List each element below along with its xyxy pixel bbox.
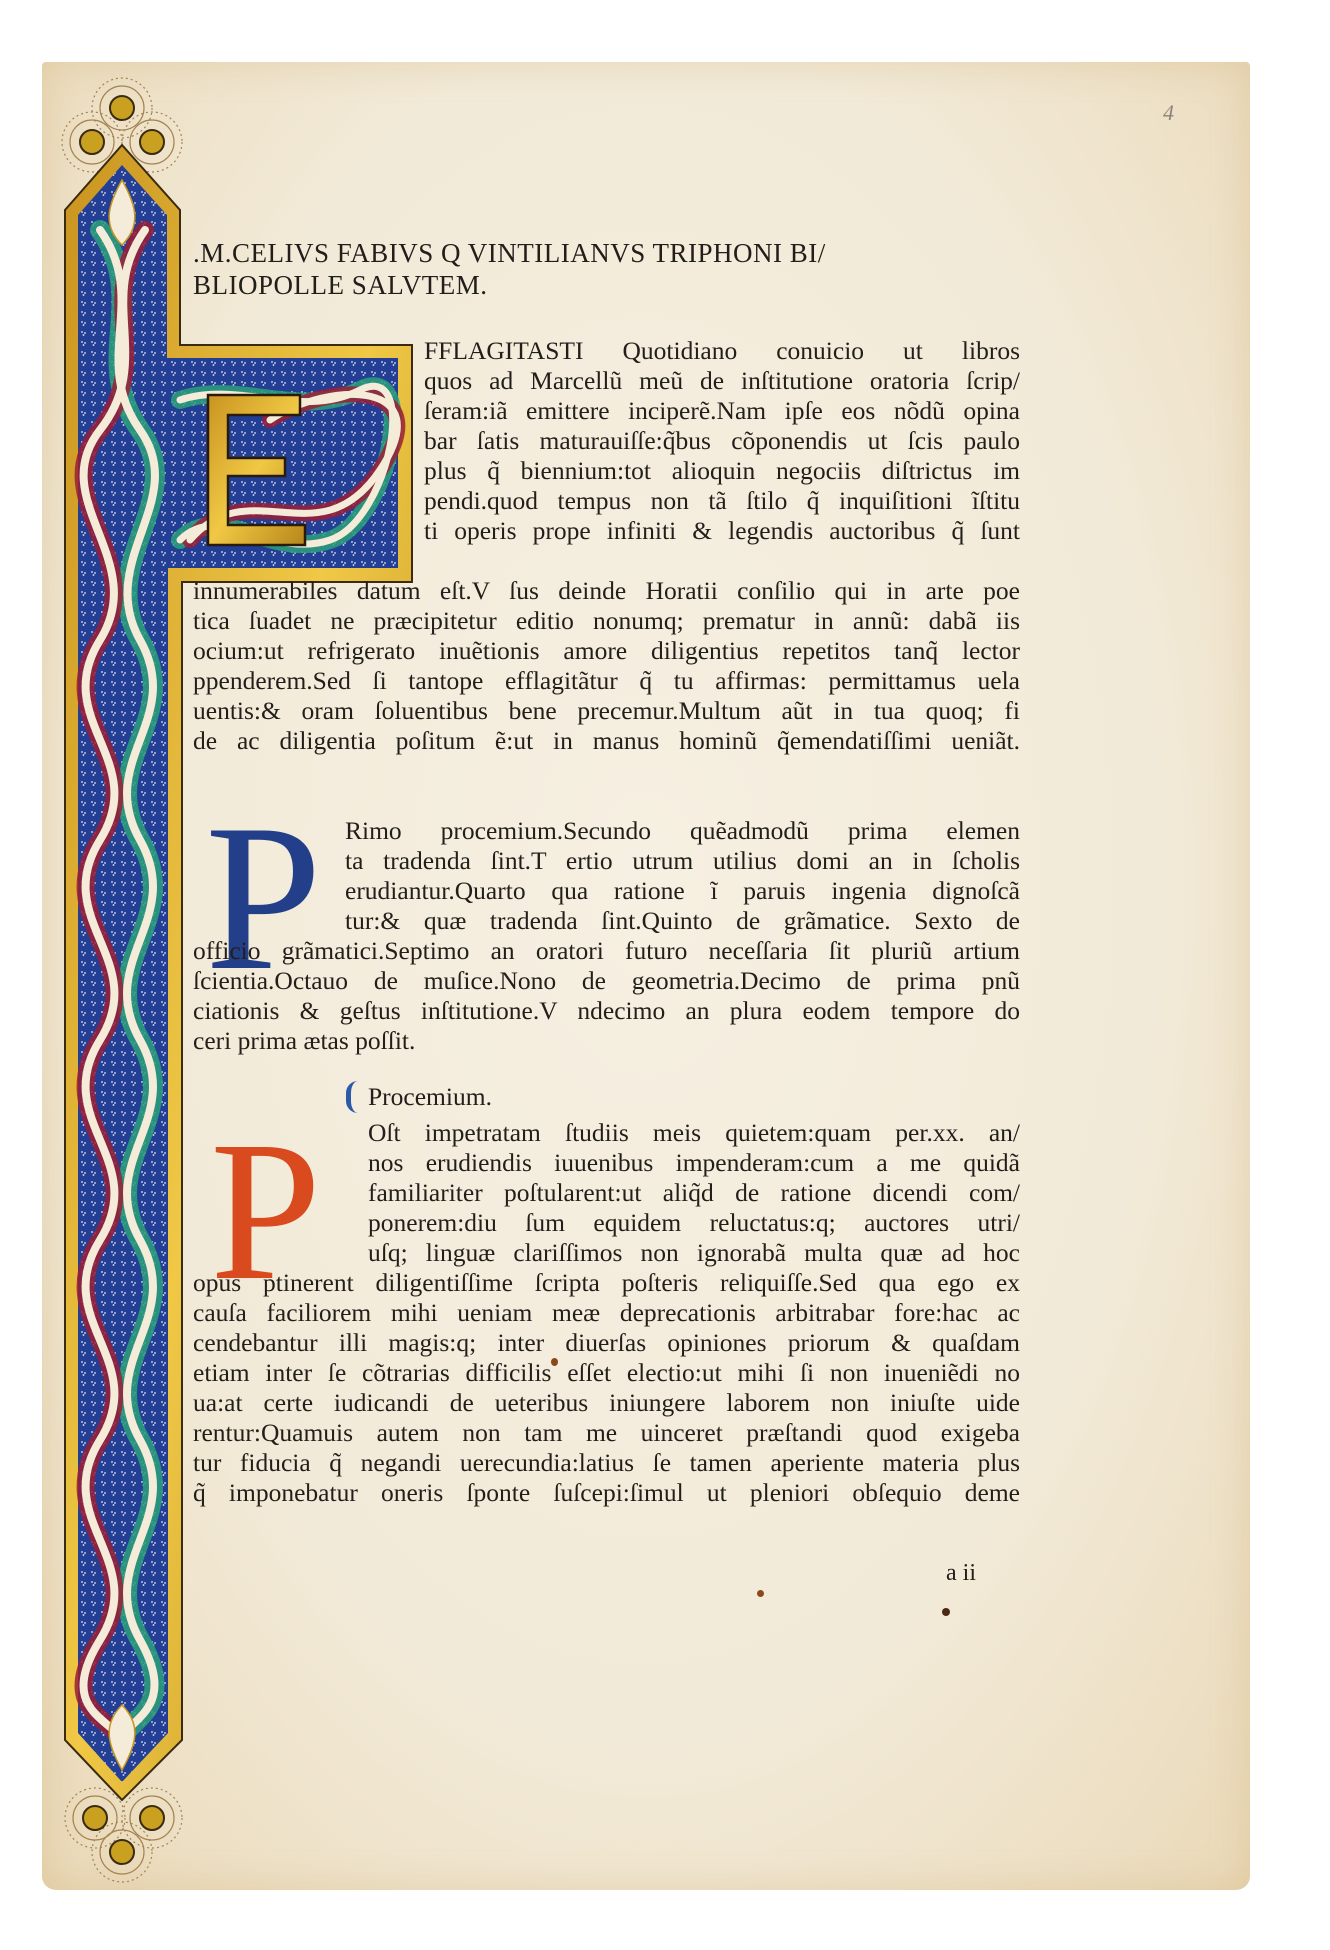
text-line: tur fiducia q̃ negandi uerecundia:latius… <box>193 1448 1020 1478</box>
text-line: nos erudiendis iuuenibus impenderam:cum … <box>368 1148 1020 1178</box>
text-line: officio grãmatici.Septimo an oratori fut… <box>193 936 1020 966</box>
signature-mark: a ii <box>946 1560 976 1587</box>
text-line: quos ad Marcellũ meũ de inſtitutione ora… <box>424 366 1020 396</box>
section-heading-procemium: Procemium. <box>368 1082 492 1112</box>
text-line: Oſt impetratam ſtudiis meis quietem:quam… <box>368 1118 1020 1148</box>
text-line: ceri prima ætas poſſit. <box>193 1026 415 1056</box>
text-line: ti operis prope infiniti & legendis auct… <box>424 516 1020 546</box>
text-line: cendebantur illi magis:q; inter diuerſas… <box>193 1328 1020 1358</box>
text-line: erudiantur.Quarto qua ratione ĩ paruis i… <box>345 876 1020 906</box>
text-line: innumerabiles datum eſt.V ſus deinde Hor… <box>193 576 1020 606</box>
text-line: ocium:ut refrigerato inuẽtionis amore di… <box>193 636 1020 666</box>
incipit-heading-line-2: BLIOPOLLE SALVTEM. <box>193 270 488 301</box>
ink-stain <box>551 1358 558 1366</box>
text-line: FFLAGITASTI Quotidiano conuicio ut libro… <box>424 336 1020 366</box>
incipit-heading-line-1: .M.CELIVS FABIVS Q VINTILIANVS TRIPHONI … <box>193 238 826 269</box>
text-line: ponerem:diu ſum equidem reluctatus:q; au… <box>368 1208 1020 1238</box>
text-line: q̃ imponebatur oneris ſponte ſuſcepi:ſim… <box>193 1478 1020 1508</box>
text-line: cauſa faciliorem mihi ueniam meæ depreca… <box>193 1298 1020 1328</box>
text-line: familiariter poſtularent:ut aliq̃d de ra… <box>368 1178 1020 1208</box>
text-line: ſeram:iã emittere inciperẽ.Nam ipſe eos … <box>424 396 1020 426</box>
bottom-gold-bosses <box>83 1806 164 1864</box>
text-line: bar ſatis maturauiſſe:q̃bus cõponendis u… <box>424 426 1020 456</box>
text-line: ua:at certe iudicandi de ueteribus iniun… <box>193 1388 1020 1418</box>
text-line: opus ptinerent diligentiſſime ſcripta po… <box>193 1268 1020 1298</box>
ink-stain <box>757 1590 764 1597</box>
text-line: ppenderem.Sed ſi tantope efflagitãtur q̃… <box>193 666 1020 696</box>
pilcrow-icon <box>346 1081 367 1113</box>
text-line: ta tradenda ſint.T ertio utrum utilius d… <box>345 846 1020 876</box>
text-line: tur:& quæ tradenda ſint.Quinto de grãmat… <box>345 906 1020 936</box>
text-line: tica ſuadet ne præcipitetur editio nonum… <box>193 606 1020 636</box>
text-line: ciationis & geſtus inſtitutione.V ndecim… <box>193 996 1020 1026</box>
ink-stain <box>942 1608 950 1616</box>
text-line: ſcientia.Octauo de muſice.Nono de geomet… <box>193 966 1020 996</box>
text-line: plus q̃ biennium:tot alioquin negociis d… <box>424 456 1020 486</box>
text-line: etiam inter ſe cõtrarias difficilis eſſe… <box>193 1358 1020 1388</box>
text-line: pendi.quod tempus non tã ſtilo q̃ inquiſ… <box>424 486 1020 516</box>
text-line: de ac diligentia poſitum ẽ:ut in manus h… <box>193 726 1020 756</box>
text-line: uentis:& oram ſoluentibus bene precemur.… <box>193 696 1020 726</box>
text-line: Rimo procemium.Secundo quẽadmodũ prima e… <box>345 816 1020 846</box>
text-line: uſq; linguæ clariſſimos non ignorabã mul… <box>368 1238 1020 1268</box>
bottom-filigree-ornament <box>65 1788 182 1882</box>
text-line: rentur:Quamuis autem non tam me uinceret… <box>193 1418 1020 1448</box>
